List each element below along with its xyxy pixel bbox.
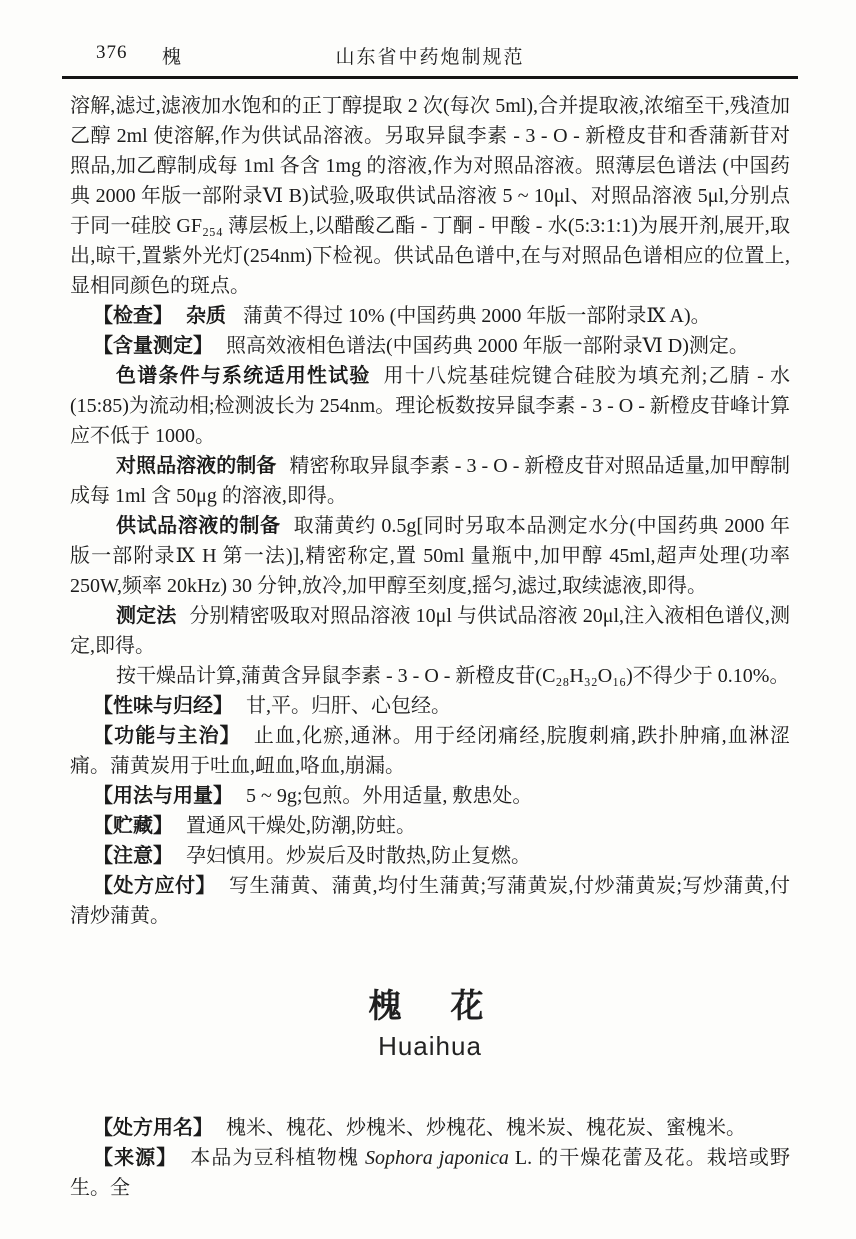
article-pinyin: Huaihua [70, 1031, 790, 1061]
section-sublabel: 杂质 [186, 305, 226, 327]
paragraph-caution: 【注意】孕妇慎用。炒炭后及时散热,防止复燃。 [70, 841, 790, 871]
section-label: 【贮藏】 [93, 815, 173, 837]
method-label: 供试品溶液的制备 [116, 515, 281, 537]
section-label: 【处方应付】 [93, 875, 216, 897]
paragraph-assay: 【含量测定】照高效液相色谱法(中国药典 2000 年版一部附录Ⅵ D)测定。 [70, 331, 790, 361]
document-page: 376 槐 山东省中药炮制规范 溶解,滤过,滤液加水饱和的正丁醇提取 2 次(每… [0, 0, 856, 1239]
page-body: 溶解,滤过,滤液加水饱和的正丁醇提取 2 次(每次 5ml),合并提取液,浓缩至… [70, 91, 790, 1203]
section-label: 【用法与用量】 [93, 785, 233, 807]
paragraph-property-meridian: 【性味与归经】甘,平。归肝、心包经。 [70, 691, 790, 721]
header-rule [62, 76, 798, 79]
section-label: 【性味与归经】 [93, 695, 233, 717]
paragraph-text: 槐米、槐花、炒槐米、炒槐花、槐米炭、槐花炭、蜜槐米。 [226, 1117, 746, 1139]
section-label: 【处方用名】 [93, 1117, 213, 1139]
paragraph-test-solution: 供试品溶液的制备取蒲黄约 0.5g[同时另取本品测定水分(中国药典 2000 年… [70, 511, 790, 601]
paragraph-text: 本品为豆科植物槐 [190, 1147, 365, 1169]
botanical-latin-name: Sophora japonica [365, 1147, 509, 1169]
section-label: 【功能与主治】 [93, 725, 241, 747]
article-header: 槐 花 Huaihua [70, 991, 790, 1061]
paragraph-continuation: 溶解,滤过,滤液加水饱和的正丁醇提取 2 次(每次 5ml),合并提取液,浓缩至… [70, 91, 790, 301]
paragraph-prescription-dispensing: 【处方应付】写生蒲黄、蒲黄,均付生蒲黄;写蒲黄炭,付炒蒲黄炭;写炒蒲黄,付清炒蒲… [70, 871, 790, 931]
method-label: 对照品溶液的制备 [116, 455, 276, 477]
paragraph-text: 甘,平。归肝、心包经。 [246, 695, 451, 717]
paragraph-text: 孕妇慎用。炒炭后及时散热,防止复燃。 [186, 845, 531, 867]
paragraph-text: 按干燥品计算,蒲黄含异鼠李素 - 3 - O - 新橙皮苷(C₂₈H₃₂O₁₆)… [116, 665, 789, 687]
method-label: 色谱条件与系统适用性试验 [116, 365, 371, 387]
paragraph-inspection: 【检查】杂质蒲黄不得过 10% (中国药典 2000 年版一部附录Ⅸ A)。 [70, 301, 790, 331]
paragraph-source: 【来源】本品为豆科植物槐 Sophora japonica L. 的干燥花蕾及花… [70, 1143, 790, 1203]
paragraph-reference-solution: 对照品溶液的制备精密称取异鼠李素 - 3 - O - 新橙皮苷对照品适量,加甲醇… [70, 451, 790, 511]
article-title: 槐 花 [70, 991, 790, 1021]
paragraph-text: 5 ~ 9g;包煎。外用适量, 敷患处。 [246, 785, 532, 807]
method-label: 测定法 [116, 605, 176, 627]
paragraph-storage: 【贮藏】置通风干燥处,防潮,防蛀。 [70, 811, 790, 841]
section-label: 【含量测定】 [93, 335, 213, 357]
paragraph-determination: 测定法分别精密吸取对照品溶液 10μl 与供试品溶液 20μl,注入液相色谱仪,… [70, 601, 790, 661]
paragraph-prescription-names: 【处方用名】槐米、槐花、炒槐米、炒槐花、槐米炭、槐花炭、蜜槐米。 [70, 1113, 790, 1143]
paragraph-text: 溶解,滤过,滤液加水饱和的正丁醇提取 2 次(每次 5ml),合并提取液,浓缩至… [70, 95, 790, 297]
paragraph-text: 置通风干燥处,防潮,防蛀。 [186, 815, 416, 837]
page-header: 376 槐 山东省中药炮制规范 [70, 34, 790, 68]
chapter-label: 槐 [162, 42, 181, 69]
paragraph-content-limit: 按干燥品计算,蒲黄含异鼠李素 - 3 - O - 新橙皮苷(C₂₈H₃₂O₁₆)… [70, 661, 790, 691]
paragraph-dosage: 【用法与用量】5 ~ 9g;包煎。外用适量, 敷患处。 [70, 781, 790, 811]
paragraph-function-indication: 【功能与主治】止血,化瘀,通淋。用于经闭痛经,脘腹刺痛,跌扑肿痛,血淋涩痛。蒲黄… [70, 721, 790, 781]
paragraph-text: 分别精密吸取对照品溶液 10μl 与供试品溶液 20μl,注入液相色谱仪,测定,… [70, 605, 790, 657]
paragraph-text: 照高效液相色谱法(中国药典 2000 年版一部附录Ⅵ D)测定。 [226, 335, 749, 357]
book-title: 山东省中药炮制规范 [335, 42, 524, 69]
section-label: 【检查】 [93, 305, 173, 327]
page-number: 376 [96, 42, 128, 64]
section-label: 【注意】 [93, 845, 173, 867]
section-label: 【来源】 [93, 1147, 177, 1169]
paragraph-text: 蒲黄不得过 10% (中国药典 2000 年版一部附录Ⅸ A)。 [243, 305, 711, 327]
paragraph-chromatographic-conditions: 色谱条件与系统适用性试验用十八烷基硅烷键合硅胶为填充剂;乙腈 - 水(15:85… [70, 361, 790, 451]
